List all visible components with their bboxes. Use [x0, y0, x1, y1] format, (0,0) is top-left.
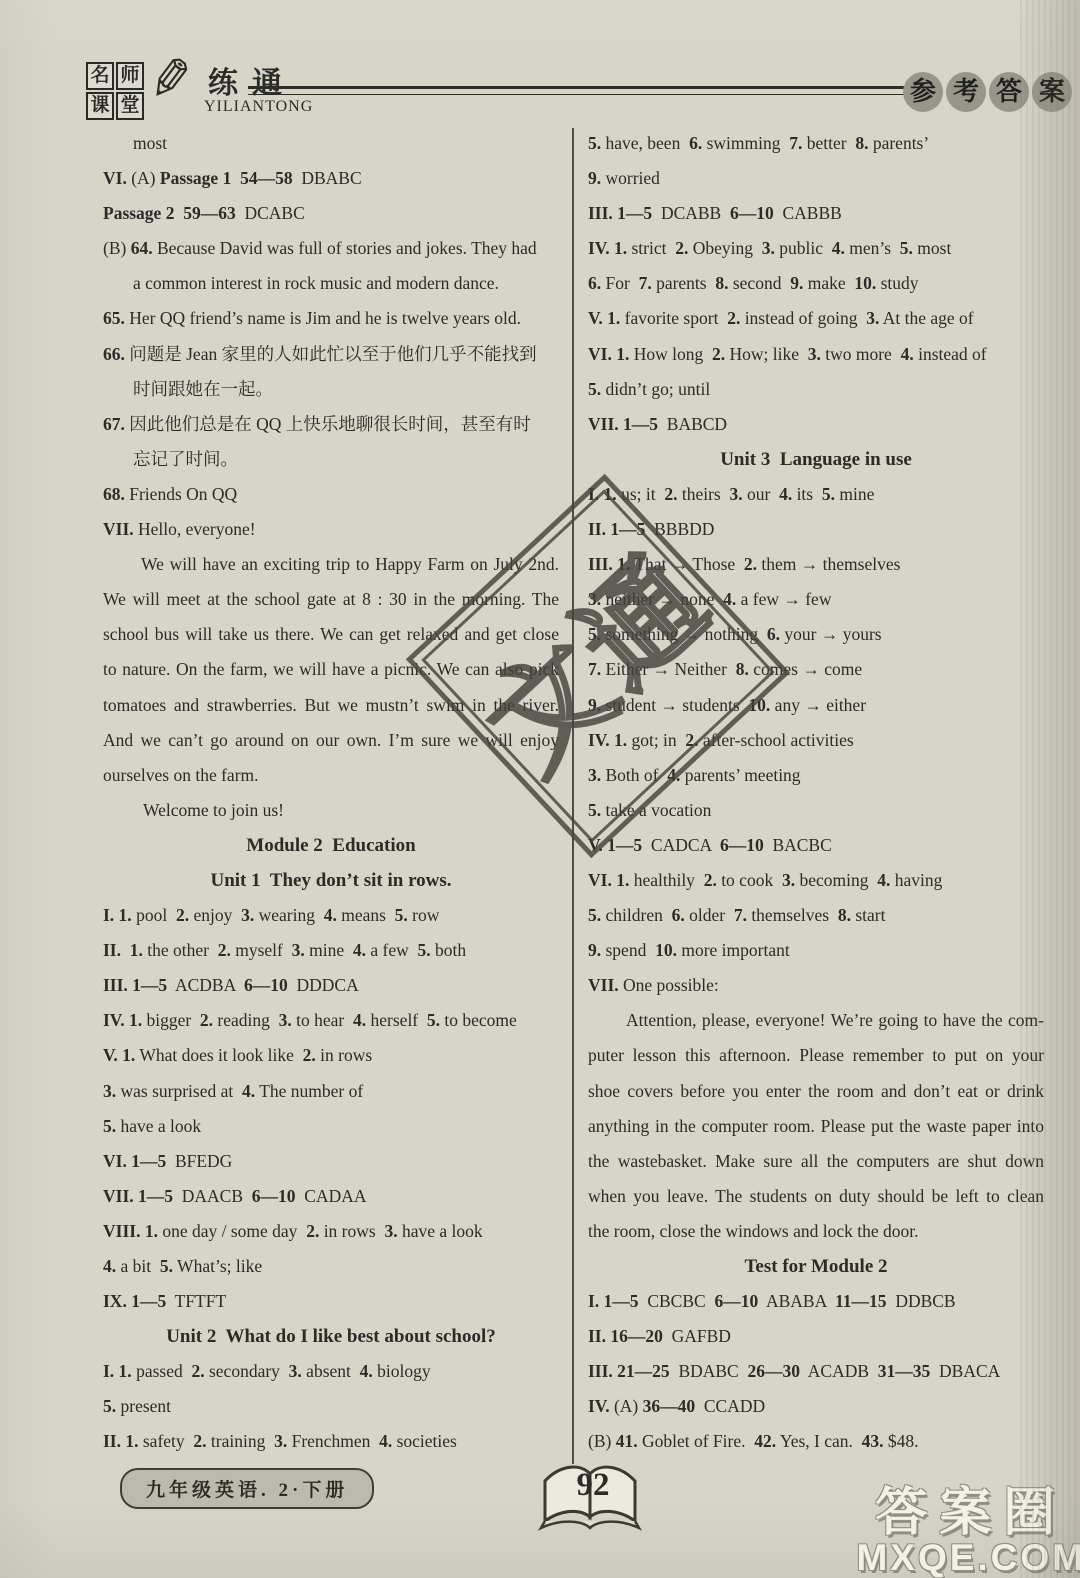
- text-line: III. 21—25 BDABC 26—30 ACADB 31—35 DBACA: [588, 1354, 1044, 1389]
- text-line: V. 1. favorite sport 2. instead of going…: [588, 301, 1044, 336]
- text-line: shoe covers before you enter the room an…: [588, 1074, 1044, 1109]
- text-line: 6. For 7. parents 8. second 9. make 10. …: [588, 266, 1044, 301]
- text-line: IV. (A) 36—40 CCADD: [588, 1389, 1044, 1424]
- text-line: Passage 2 59—63 DCABC: [103, 196, 559, 231]
- text-line: IV. 1. bigger 2. reading 3. to hear 4. h…: [103, 1003, 559, 1038]
- text-line: VI. (A) Passage 1 54—58 DBABC: [103, 161, 559, 196]
- text-line: Test for Module 2: [588, 1249, 1044, 1284]
- char-cell: 案: [1032, 72, 1072, 112]
- logo-grid: 名师课堂: [86, 62, 146, 122]
- text-line: III. 1—5 ACDBA 6—10 DDDCA: [103, 968, 559, 1003]
- text-line: 5. have a look: [103, 1109, 559, 1144]
- pencil-icon: ✎: [144, 45, 198, 114]
- char-cell: 课: [86, 92, 114, 120]
- page-number: 92: [568, 1467, 618, 1504]
- site-watermark-cn: 答案圈: [856, 1487, 1080, 1539]
- text-line: ourselves on the farm.: [103, 758, 559, 793]
- text-line: Attention, please, everyone! We’re going…: [588, 1003, 1044, 1038]
- text-line: VI. 1. How long 2. How; like 3. two more…: [588, 337, 1044, 372]
- text-line: VIII. 1. one day / some day 2. in rows 3…: [103, 1214, 559, 1249]
- text-line: I. 1. passed 2. secondary 3. absent 4. b…: [103, 1354, 559, 1389]
- text-line: the room, close the windows and lock the…: [588, 1214, 1044, 1249]
- text-line: 5. didn’t go; until: [588, 372, 1044, 407]
- book-title-badge: 九年级英语. 2·下册: [120, 1468, 374, 1509]
- text-line: Welcome to join us!: [103, 793, 559, 828]
- text-line: school bus will take us there. We can ge…: [103, 617, 559, 652]
- char-cell: 考: [946, 72, 986, 112]
- text-line: V. 1. What does it look like 2. in rows: [103, 1038, 559, 1073]
- char-cell: 答: [989, 72, 1029, 112]
- text-line: 3. Both of 4. parents’ meeting: [588, 758, 1044, 793]
- page-number-book: 92: [538, 1455, 642, 1537]
- text-line: 9. student → students 10. any → either: [588, 688, 1044, 723]
- logo-brand-en: YILIANTONG: [204, 98, 313, 116]
- left-column: mostVI. (A) Passage 1 54—58 DBABCPassage…: [103, 126, 559, 1460]
- text-line: II. 1—5 BBBDD: [588, 512, 1044, 547]
- text-line: 3. was surprised at 4. The number of: [103, 1074, 559, 1109]
- text-line: VII. 1—5 DAACB 6—10 CADAA: [103, 1179, 559, 1214]
- text-line: I. 1. us; it 2. theirs 3. our 4. its 5. …: [588, 477, 1044, 512]
- text-line: IX. 1—5 TFTFT: [103, 1284, 559, 1319]
- site-watermark: 答案圈 MXQE.COM: [856, 1487, 1080, 1576]
- text-line: 5. something → nothing 6. your → yours: [588, 617, 1044, 652]
- text-line: VI. 1—5 BFEDG: [103, 1144, 559, 1179]
- text-line: most: [103, 126, 559, 161]
- text-line: VII. Hello, everyone!: [103, 512, 559, 547]
- column-divider: [572, 128, 574, 1464]
- text-line: VII. 1—5 BABCD: [588, 407, 1044, 442]
- text-line: when you leave. The students on duty sho…: [588, 1179, 1044, 1214]
- text-line: II. 1. the other 2. myself 3. mine 4. a …: [103, 933, 559, 968]
- header-rule: [248, 86, 904, 95]
- char-cell: 名: [86, 62, 114, 90]
- text-line: tomatoes and strawberries. But we mustn’…: [103, 688, 559, 723]
- text-line: 65. Her QQ friend’s name is Jim and he i…: [103, 301, 559, 336]
- text-line: III. 1. That → Those 2. them → themselve…: [588, 547, 1044, 582]
- text-line: Module 2 Education: [103, 828, 559, 863]
- text-line: III. 1—5 DCABB 6—10 CABBB: [588, 196, 1044, 231]
- text-line: 5. take a vocation: [588, 793, 1044, 828]
- text-line: VII. One possible:: [588, 968, 1044, 1003]
- site-watermark-en: MXQE.COM: [856, 1539, 1080, 1576]
- text-line: 5. children 6. older 7. themselves 8. st…: [588, 898, 1044, 933]
- text-line: 68. Friends On QQ: [103, 477, 559, 512]
- text-line: VI. 1. healthily 2. to cook 3. becoming …: [588, 863, 1044, 898]
- text-line: anything in the computer room. Please pu…: [588, 1109, 1044, 1144]
- text-line: (B) 64. Because David was full of storie…: [103, 231, 559, 266]
- char-cell: 堂: [116, 92, 144, 120]
- text-line: II. 1. safety 2. training 3. Frenchmen 4…: [103, 1424, 559, 1459]
- text-line: puter lesson this afternoon. Please reme…: [588, 1038, 1044, 1073]
- text-line: Unit 3 Language in use: [588, 442, 1044, 477]
- text-line: 3. neither → none 4. a few → few: [588, 582, 1044, 617]
- text-line: (B) 41. Goblet of Fire. 42. Yes, I can. …: [588, 1424, 1044, 1459]
- right-column: 5. have, been 6. swimming 7. better 8. p…: [588, 126, 1044, 1460]
- text-line: 忘记了时间。: [103, 442, 559, 477]
- text-line: I. 1. pool 2. enjoy 3. wearing 4. means …: [103, 898, 559, 933]
- text-line: II. 16—20 GAFBD: [588, 1319, 1044, 1354]
- char-cell: 师: [116, 62, 144, 90]
- text-line: 9. spend 10. more important: [588, 933, 1044, 968]
- text-line: Unit 1 They don’t sit in rows.: [103, 863, 559, 898]
- text-line: 9. worried: [588, 161, 1044, 196]
- text-line: 5. present: [103, 1389, 559, 1424]
- text-line: We will have an exciting trip to Happy F…: [103, 547, 559, 582]
- text-line: 7. Either → Neither 8. comes → come: [588, 652, 1044, 687]
- logo-brand-cn: 练通: [208, 58, 296, 102]
- char-cell: 参: [903, 72, 943, 112]
- text-line: 5. have, been 6. swimming 7. better 8. p…: [588, 126, 1044, 161]
- text-line: IV. 1. got; in 2. after-school activitie…: [588, 723, 1044, 758]
- text-line: 时间跟她在一起。: [103, 372, 559, 407]
- reference-answers-badge: 参考答案: [903, 72, 1072, 112]
- text-line: the wastebasket. Make sure all the compu…: [588, 1144, 1044, 1179]
- text-line: Unit 2 What do I like best about school?: [103, 1319, 559, 1354]
- text-line: a common interest in rock music and mode…: [103, 266, 559, 301]
- text-line: 67. 因此他们总是在 QQ 上快乐地聊很长时间，甚至有时: [103, 407, 559, 442]
- text-line: I. 1—5 CBCBC 6—10 ABABA 11—15 DDBCB: [588, 1284, 1044, 1319]
- text-line: We will meet at the school gate at 8 : 3…: [103, 582, 559, 617]
- text-line: 66. 问题是 Jean 家里的人如此忙以至于他们几乎不能找到: [103, 337, 559, 372]
- text-line: to nature. On the farm, we will have a p…: [103, 652, 559, 687]
- text-line: 4. a bit 5. What’s; like: [103, 1249, 559, 1284]
- text-line: And we can’t go around on our own. I’m s…: [103, 723, 559, 758]
- text-line: V. 1—5 CADCA 6—10 BACBC: [588, 828, 1044, 863]
- text-line: IV. 1. strict 2. Obeying 3. public 4. me…: [588, 231, 1044, 266]
